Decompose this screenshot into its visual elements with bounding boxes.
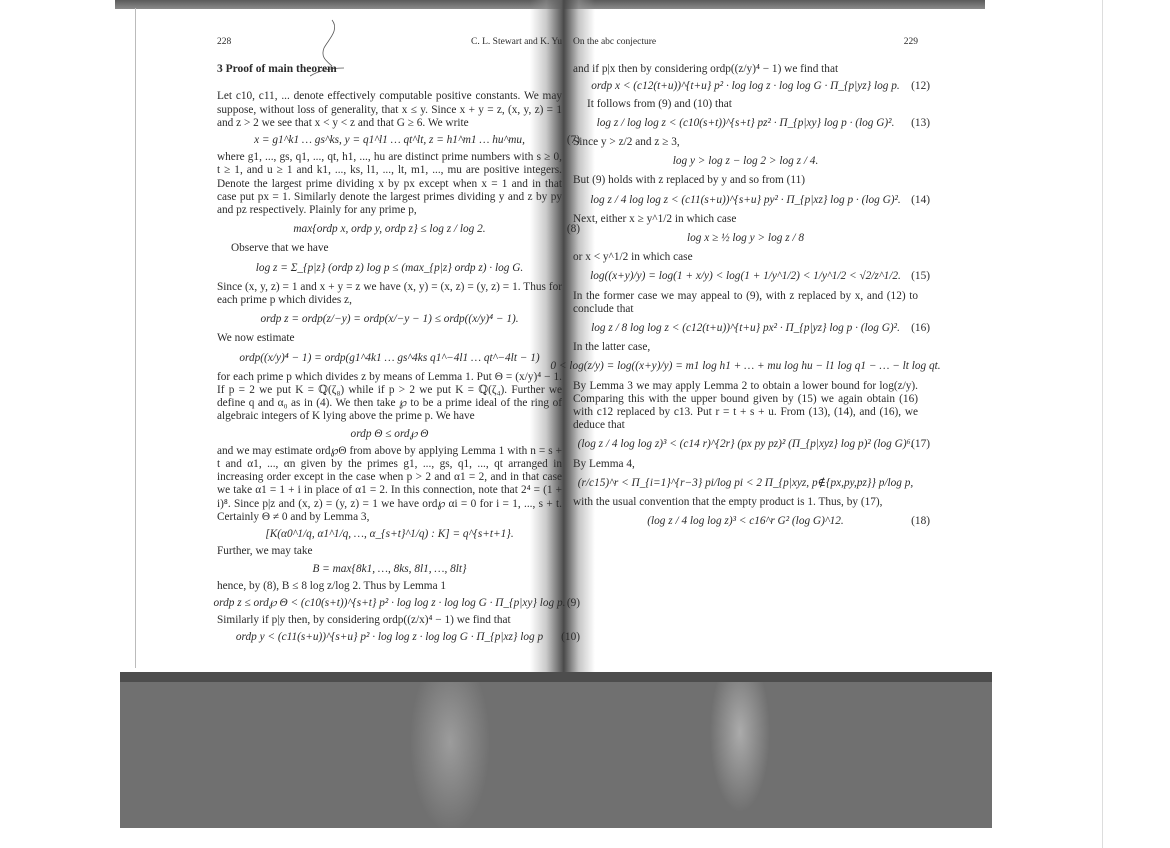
equation: ordp Θ ≤ ord℘ Θ [217,428,562,441]
equation: log((x+y)/y) = log(1 + x/y) < log(1 + 1/… [573,270,918,283]
equation: 0 < log(z/y) = log((x+y)/y) = m1 log h1 … [573,360,918,373]
paragraph: But (9) holds with z replaced by y and s… [573,174,918,187]
running-header: On the abc conjecture 229 [573,36,918,49]
equation: max{ordp x, ordp y, ordp z} ≤ log z / lo… [217,223,562,236]
running-head: C. L. Stewart and K. Yu [471,36,562,49]
left-page: 228 C. L. Stewart and K. Yu 3 Proof of m… [217,36,562,649]
right-page: On the abc conjecture 229 and if p|x the… [573,36,918,534]
equation: log z = Σ_{p|z} (ordp z) log p ≤ (max_{p… [217,262,562,275]
paragraph: Let c10, c11, ... denote effectively com… [217,90,562,130]
paragraph: Similarly if p|y then, by considering or… [217,614,562,627]
equation: (log z / 4 log log z)³ < (c14 r)^{2r} (p… [573,438,918,451]
paragraph: In the latter case, [573,341,918,354]
running-head: On the abc conjecture [573,36,656,49]
paragraph: with the usual convention that the empty… [573,496,918,509]
equation: log z / 4 log log z < (c11(s+u))^{s+u} p… [573,194,918,207]
section-title: 3 Proof of main theorem [217,63,562,76]
paragraph: Further, we may take [217,545,562,558]
equation: B = max{8k1, …, 8ks, 8l1, …, 8lt} [217,563,562,576]
page-edge [135,8,136,668]
equation: log z / 8 log log z < (c12(t+u))^{t+u} p… [573,322,918,335]
paragraph: We now estimate [217,332,562,345]
paragraph: By Lemma 4, [573,458,918,471]
paragraph: and we may estimate ord℘Θ from above by … [217,445,562,524]
paragraph: for each prime p which divides z by mean… [217,371,562,424]
equation: x = g1^k1 … gs^ks, y = q1^l1 … qt^lt, z … [217,134,562,147]
page-edge [1102,0,1103,848]
equation: ordp((x/y)⁴ − 1) = ordp(g1^4k1 … gs^4ks … [217,352,562,365]
equation: log z / log log z < (c10(s+t))^{s+t} pz²… [573,117,918,130]
paragraph: In the former case we may appeal to (9),… [573,290,918,316]
running-header: 228 C. L. Stewart and K. Yu [217,36,562,49]
page-number: 229 [904,36,918,49]
paragraph: hence, by (8), B ≤ 8 log z/log 2. Thus b… [217,580,562,593]
equation: log x ≥ ½ log y > log z / 8 [573,232,918,245]
paragraph: Since y > z/2 and z ≥ 3, [573,136,918,149]
equation: (r/c15)^r < Π_{i=1}^{r−3} pi/log pi < 2 … [573,477,918,490]
paragraph: or x < y^1/2 in which case [573,251,918,264]
paragraph: By Lemma 3 we may apply Lemma 2 to obtai… [573,380,918,433]
equation: [K(α0^1/q, α1^1/q, …, α_{s+t}^1/q) : K] … [217,528,562,541]
equation: ordp z ≤ ord℘ Θ < (c10(s+t))^{s+t} p² · … [217,597,562,610]
scanner-background-edge [120,672,992,682]
equation: ordp y < (c11(s+u))^{s+u} p² · log log z… [217,631,562,644]
page-number: 228 [217,36,231,49]
scanner-background [120,672,992,828]
paragraph: Next, either x ≥ y^1/2 in which case [573,213,918,226]
paragraph: It follows from (9) and (10) that [573,98,918,111]
paragraph: and if p|x then by considering ordp((z/y… [573,63,918,76]
paragraph: Observe that we have [217,242,562,255]
paragraph: where g1, ..., gs, q1, ..., qt, h1, ...,… [217,151,562,217]
paragraph: Since (x, y, z) = 1 and x + y = z we hav… [217,281,562,307]
equation: (log z / 4 log log z)³ < c16^r G² (log G… [573,515,918,528]
equation: log y > log z − log 2 > log z / 4. [573,155,918,168]
equation: ordp x < (c12(t+u))^{t+u} p² · log log z… [573,80,918,93]
equation: ordp z = ordp(z/−y) = ordp(x/−y − 1) ≤ o… [217,313,562,326]
